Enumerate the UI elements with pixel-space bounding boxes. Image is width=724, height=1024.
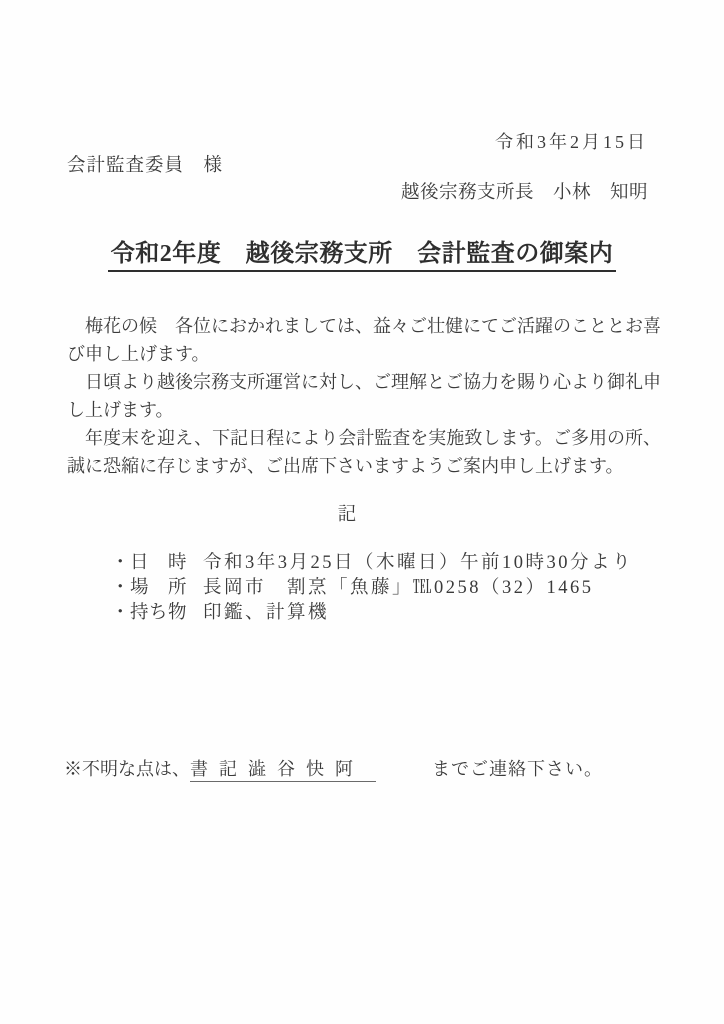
list-item: ・日 時 令和3年3月25日（木曜日）午前10時30分より	[111, 551, 633, 576]
body-paragraph: 梅花の候 各位におかれましては、益々ご壮健にてご活躍のこととお喜び申し上げます。	[67, 312, 661, 368]
document-page: 令和3年2月15日 会計監査委員 様 越後宗務支所長 小林 知明 令和2年度 越…	[0, 0, 724, 1024]
contact-note-prefix: ※不明な点は、	[64, 759, 190, 779]
document-title: 令和2年度 越後宗務支所 会計監査の御案内	[0, 233, 724, 268]
document-date: 令和3年2月15日	[495, 128, 648, 154]
detail-value-belongings: 印鑑、計算機	[203, 601, 329, 626]
contact-note-suffix: までご連絡下さい。	[432, 759, 603, 779]
detail-list: ・日 時 令和3年3月25日（木曜日）午前10時30分より ・場 所 長岡市 割…	[111, 551, 633, 626]
body-text: 梅花の候 各位におかれましては、益々ご壮健にてご活躍のこととお喜び申し上げます。…	[67, 312, 661, 480]
body-paragraph: 日頃より越後宗務支所運営に対し、ご理解とご協力を賜り心より御礼申し上げます。	[67, 368, 661, 424]
detail-label-belongings: ・持ち物	[111, 601, 203, 626]
body-paragraph: 年度末を迎え、下記日程により会計監査を実施致します。ご多用の所、誠に恐縮に存じま…	[67, 424, 661, 480]
contact-note: ※不明な点は、書記澁谷快阿までご連絡下さい。	[64, 755, 603, 781]
contact-person-name: 書記澁谷快阿	[190, 759, 376, 782]
list-item: ・場 所 長岡市 割烹「魚藤」℡0258（32）1465	[111, 576, 633, 601]
detail-value-datetime: 令和3年3月25日（木曜日）午前10時30分より	[203, 551, 633, 576]
list-item: ・持ち物 印鑑、計算機	[111, 601, 633, 626]
recipient-line: 会計監査委員 様	[67, 151, 223, 177]
detail-value-place: 長岡市 割烹「魚藤」℡0258（32）1465	[203, 576, 594, 601]
notice-heading: 記	[67, 500, 627, 526]
sender-line: 越後宗務支所長 小林 知明	[401, 178, 648, 204]
document-title-text: 令和2年度 越後宗務支所 会計監査の御案内	[108, 241, 617, 272]
detail-label-datetime: ・日 時	[111, 551, 203, 576]
detail-label-place: ・場 所	[111, 576, 203, 601]
